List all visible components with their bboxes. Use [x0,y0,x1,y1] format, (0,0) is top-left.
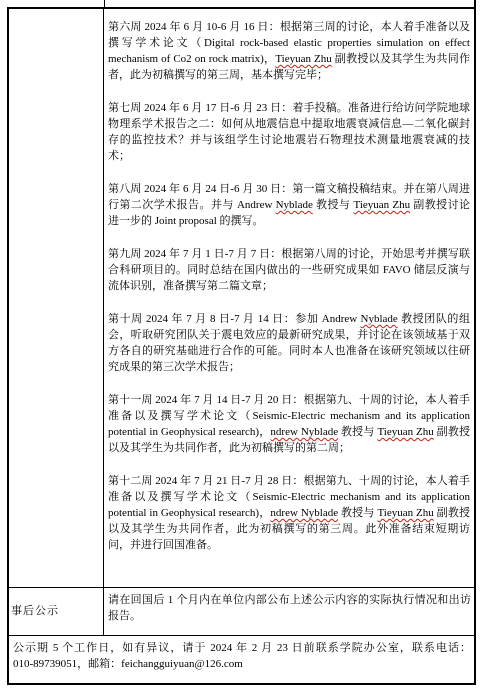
spellcheck-underlined-word: Tieyuan Zhu [354,199,411,211]
table-row-weekly-plan: 第六周 2024 年 6 月 10-6 月 16 日：根据第三周的讨论，本人着手… [9,9,474,588]
text-segment: 第九周 2024 年 7 月 1 日-7 月 7 日：根据第八周的讨论，开始思考… [108,248,470,292]
table-row-contact-footer: 公示期 5 个工作日，如有异议，请于 2024 年 2 月 23 日前联系学院办… [9,636,474,683]
spellcheck-underlined-word: Tieyuan Zhu [377,426,433,438]
paragraph-week-7: 第七周 2024 年 6 月 17 日-6 月 23 日：着手投稿。准备进行给访… [108,100,470,164]
text-segment: 教授与 [338,426,377,438]
text-segment: 第七周 2024 年 6 月 17 日-6 月 23 日：着手投稿。准备进行给访… [108,102,470,162]
paragraph-week-11: 第十一周 2024 年 7 月 14 日-7 月 20 日：根据第九、十周的讨论… [108,392,470,456]
paragraph-week-9: 第九周 2024 年 7 月 1 日-7 月 7 日：根据第八周的讨论，开始思考… [108,246,470,294]
document-page: 第六周 2024 年 6 月 10-6 月 16 日：根据第三周的讨论，本人着手… [0,0,484,699]
text-segment: 教授与 [338,507,377,519]
text-segment: 教授与 [313,199,354,211]
paragraph-week-10: 第十周 2024 年 7 月 8 日-7 月 14 日：参加 Andrew Ny… [108,311,470,375]
text-line: 010-89739051，邮箱：feichangguiyuan@126.com [13,656,471,672]
spellcheck-underlined-word: ndrew Nyblade [270,426,338,438]
spellcheck-underlined-word: ndrew Nyblade [270,507,338,519]
spellcheck-underlined-word: Nyblade [361,313,398,325]
post-publicity-text: 请在回国后 1 个月内在单位内部公布上述公示内容的实际执行情况和出访报告。 [104,588,474,624]
weekly-report-paragraphs: 第六周 2024 年 6 月 10-6 月 16 日：根据第三周的讨论，本人着手… [104,9,474,587]
spellcheck-underlined-word: Tieyuan Zhu [275,53,331,65]
text-line: 请在回国后 1 个月内在单位内部公布上述公示内容的实际执行情况和出访 [108,592,471,608]
spellcheck-underlined-word: Nyblade [276,199,313,211]
spellcheck-underlined-word: Tieyuan Zhu [377,507,433,519]
paragraph-week-6: 第六周 2024 年 6 月 10-6 月 16 日：根据第三周的讨论，本人着手… [108,19,470,83]
contact-footer-cell: 公示期 5 个工作日，如有异议，请于 2024 年 2 月 23 日前联系学院办… [9,636,474,683]
weekly-plan-content-cell: 第六周 2024 年 6 月 10-6 月 16 日：根据第三周的讨论，本人着手… [104,9,474,587]
text-line: 报告。 [108,608,471,624]
weekly-plan-label-cell [9,9,104,587]
text-segment: 第十周 2024 年 7 月 8 日-7 月 14 日：参加 Andrew [108,313,361,325]
text-line: 公示期 5 个工作日，如有异议，请于 2024 年 2 月 23 日前联系学院办… [13,640,471,656]
paragraph-week-8: 第八周 2024 年 6 月 24 日-6 月 30 日：第一篇文稿投稿结束。并… [108,181,470,229]
post-publicity-label: 事后公示 [9,588,104,635]
table-row-post-publicity: 事后公示 请在回国后 1 个月内在单位内部公布上述公示内容的实际执行情况和出访报… [9,588,474,636]
paragraph-week-12: 第十二周 2024 年 7 月 21 日-7 月 28 日：根据第九、十周的讨论… [108,473,470,553]
post-publicity-content-cell: 请在回国后 1 个月内在单位内部公布上述公示内容的实际执行情况和出访报告。 [104,588,474,635]
contact-footer-text: 公示期 5 个工作日，如有异议，请于 2024 年 2 月 23 日前联系学院办… [13,640,471,672]
publicity-approval-table: 第六周 2024 年 6 月 10-6 月 16 日：根据第三周的讨论，本人着手… [7,7,476,685]
